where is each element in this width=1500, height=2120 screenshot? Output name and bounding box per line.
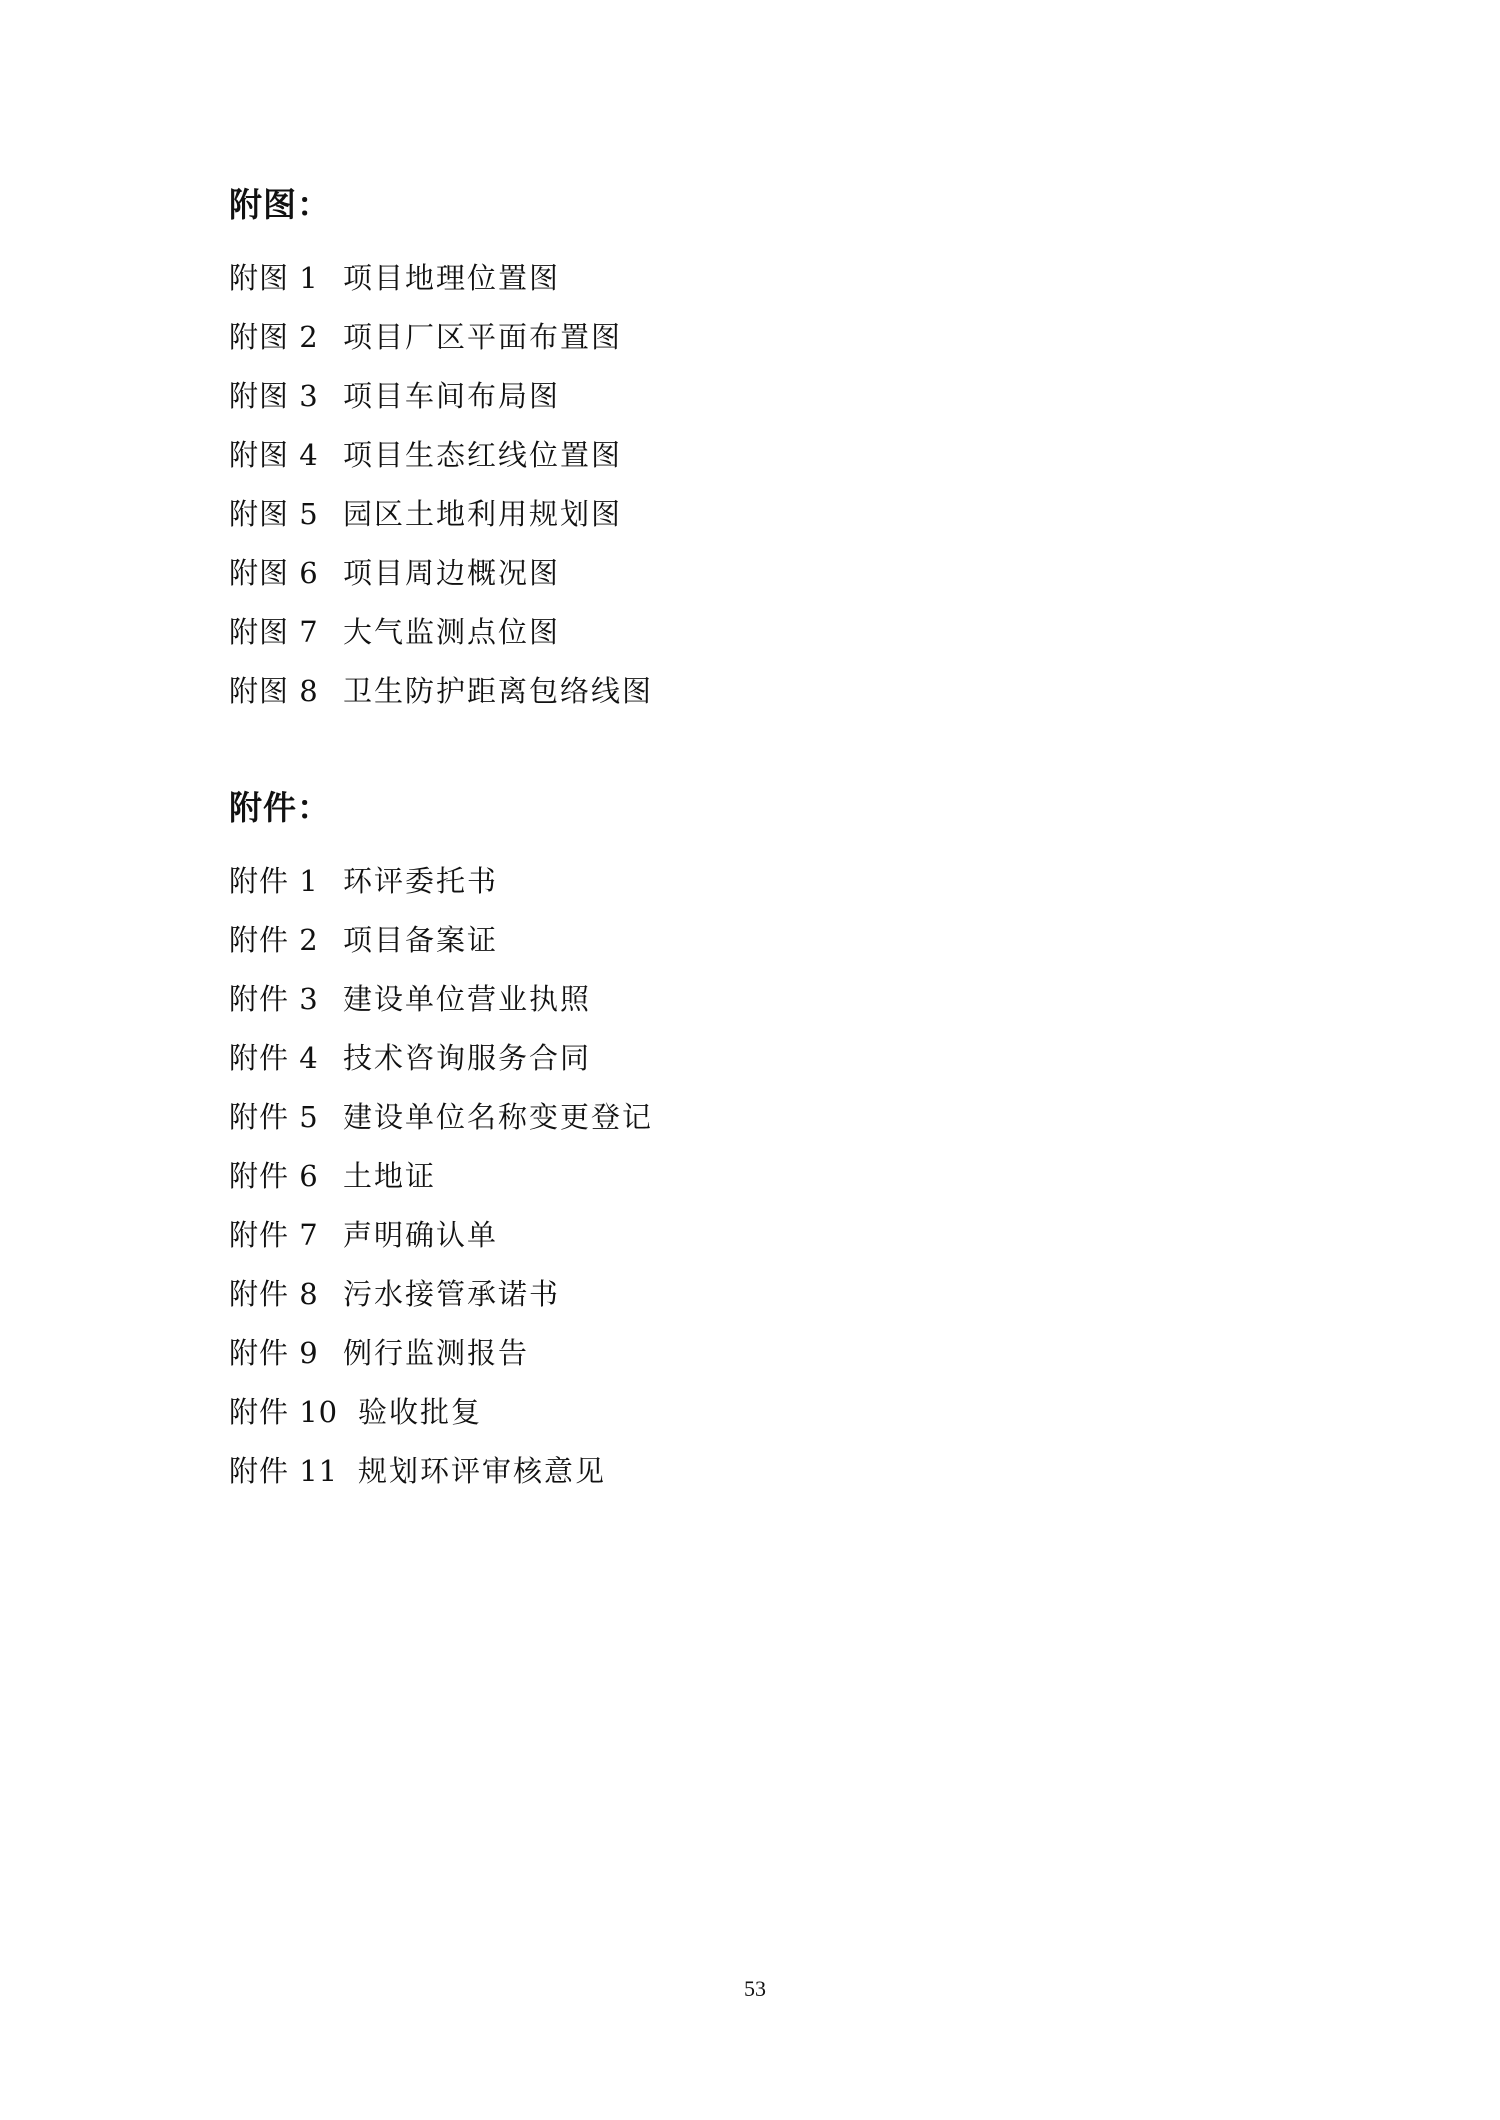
figure-title: 园区土地利用规划图 <box>343 485 622 544</box>
figure-item: 附图 4 项目生态红线位置图 <box>229 426 653 485</box>
figure-label: 附图 7 <box>229 603 343 662</box>
attachment-label: 附件 3 <box>229 970 343 1029</box>
attachment-label: 附件 2 <box>229 911 343 970</box>
attachment-item: 附件 10 验收批复 <box>229 1383 653 1442</box>
attachment-title: 例行监测报告 <box>343 1324 529 1383</box>
attachment-title: 项目备案证 <box>343 911 498 970</box>
attachment-item: 附件 2 项目备案证 <box>229 911 653 970</box>
figure-label: 附图 2 <box>229 308 343 367</box>
page-number: 53 <box>0 1976 1500 2002</box>
attachment-title: 技术咨询服务合同 <box>343 1029 591 1088</box>
attachment-label: 附件 9 <box>229 1324 343 1383</box>
attachment-label: 附件 8 <box>229 1265 343 1324</box>
attachment-title: 环评委托书 <box>343 852 498 911</box>
figure-title: 项目厂区平面布置图 <box>343 308 622 367</box>
figure-item: 附图 5 园区土地利用规划图 <box>229 485 653 544</box>
attachment-item: 附件 1 环评委托书 <box>229 852 653 911</box>
figure-item: 附图 1 项目地理位置图 <box>229 249 653 308</box>
attachments-heading: 附件： <box>229 788 653 828</box>
attachment-label: 附件 5 <box>229 1088 343 1147</box>
figure-title: 项目地理位置图 <box>343 249 560 308</box>
attachment-item: 附件 11 规划环评审核意见 <box>229 1442 653 1501</box>
attachments-list: 附件 1 环评委托书 附件 2 项目备案证 附件 3 建设单位营业执照 附件 4… <box>229 852 653 1501</box>
attachment-title: 规划环评审核意见 <box>358 1442 606 1501</box>
attachment-label: 附件 6 <box>229 1147 343 1206</box>
attachment-item: 附件 6 土地证 <box>229 1147 653 1206</box>
figure-label: 附图 8 <box>229 662 343 721</box>
figure-label: 附图 4 <box>229 426 343 485</box>
figure-item: 附图 8 卫生防护距离包络线图 <box>229 662 653 721</box>
attachment-item: 附件 5 建设单位名称变更登记 <box>229 1088 653 1147</box>
figure-label: 附图 6 <box>229 544 343 603</box>
attachment-item: 附件 3 建设单位营业执照 <box>229 970 653 1029</box>
figure-title: 项目车间布局图 <box>343 367 560 426</box>
attachment-label: 附件 4 <box>229 1029 343 1088</box>
attachment-title: 土地证 <box>343 1147 436 1206</box>
attachments-section: 附件： 附件 1 环评委托书 附件 2 项目备案证 附件 3 建设单位营业执照 … <box>229 788 653 1501</box>
figures-list: 附图 1 项目地理位置图 附图 2 项目厂区平面布置图 附图 3 项目车间布局图… <box>229 249 653 721</box>
attachment-item: 附件 9 例行监测报告 <box>229 1324 653 1383</box>
attachment-title: 建设单位营业执照 <box>343 970 591 1029</box>
figure-label: 附图 5 <box>229 485 343 544</box>
figure-item: 附图 3 项目车间布局图 <box>229 367 653 426</box>
figure-title: 项目生态红线位置图 <box>343 426 622 485</box>
figure-item: 附图 6 项目周边概况图 <box>229 544 653 603</box>
attachment-title: 建设单位名称变更登记 <box>343 1088 653 1147</box>
figures-section: 附图： 附图 1 项目地理位置图 附图 2 项目厂区平面布置图 附图 3 项目车… <box>229 185 653 721</box>
attachment-item: 附件 7 声明确认单 <box>229 1206 653 1265</box>
attachment-label: 附件 1 <box>229 852 343 911</box>
document-page: 附图： 附图 1 项目地理位置图 附图 2 项目厂区平面布置图 附图 3 项目车… <box>0 0 1500 2120</box>
figure-title: 项目周边概况图 <box>343 544 560 603</box>
attachment-item: 附件 8 污水接管承诺书 <box>229 1265 653 1324</box>
figures-heading: 附图： <box>229 185 653 225</box>
attachment-label: 附件 7 <box>229 1206 343 1265</box>
attachment-item: 附件 4 技术咨询服务合同 <box>229 1029 653 1088</box>
figure-label: 附图 3 <box>229 367 343 426</box>
figure-label: 附图 1 <box>229 249 343 308</box>
figure-item: 附图 7 大气监测点位图 <box>229 603 653 662</box>
figure-title: 大气监测点位图 <box>343 603 560 662</box>
figure-title: 卫生防护距离包络线图 <box>343 662 653 721</box>
attachment-title: 验收批复 <box>358 1383 482 1442</box>
attachment-label: 附件 11 <box>229 1442 358 1501</box>
attachment-label: 附件 10 <box>229 1383 358 1442</box>
attachment-title: 污水接管承诺书 <box>343 1265 560 1324</box>
attachment-title: 声明确认单 <box>343 1206 498 1265</box>
figure-item: 附图 2 项目厂区平面布置图 <box>229 308 653 367</box>
